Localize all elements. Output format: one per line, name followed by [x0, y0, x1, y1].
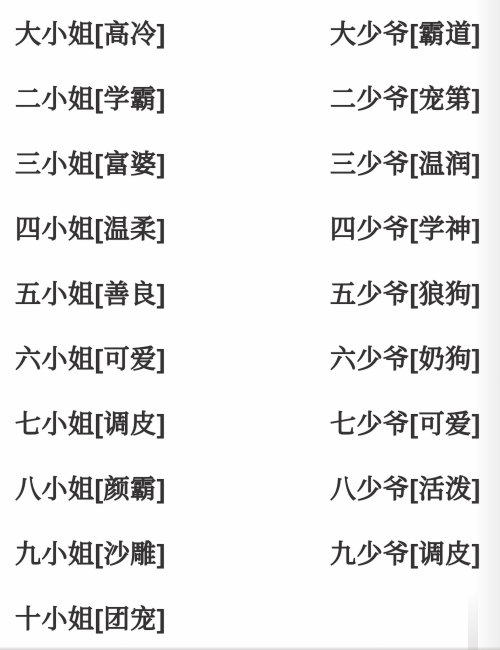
list-item: 七小姐[调皮] [15, 390, 315, 455]
list-item: 二小姐[学霸] [15, 65, 315, 130]
list-item: 六少爷[奶狗] [330, 325, 495, 390]
list-item: 八少爷[活泼] [330, 455, 495, 520]
list-item: 四少爷[学神] [330, 195, 495, 260]
list-item: 五少爷[狼狗] [330, 260, 495, 325]
list-item: 大小姐[高冷] [15, 0, 315, 65]
list-item: 三少爷[温润] [330, 130, 495, 195]
bottom-right-smudge [468, 590, 478, 650]
list-item: 九少爷[调皮] [330, 520, 495, 585]
list-item: 二少爷[宠第] [330, 65, 495, 130]
list-item: 六小姐[可爱] [15, 325, 315, 390]
list-item: 大少爷[霸道] [330, 0, 495, 65]
masters-column: 大少爷[霸道] 二少爷[宠第] 三少爷[温润] 四少爷[学神] 五少爷[狼狗] … [330, 0, 495, 585]
misses-column: 大小姐[高冷] 二小姐[学霸] 三小姐[富婆] 四小姐[温柔] 五小姐[善良] … [15, 0, 315, 650]
list-item: 九小姐[沙雕] [15, 520, 315, 585]
list-item: 十小姐[团宠] [15, 585, 315, 650]
list-item: 四小姐[温柔] [15, 195, 315, 260]
list-item: 三小姐[富婆] [15, 130, 315, 195]
list-item: 五小姐[善良] [15, 260, 315, 325]
page-background: 大小姐[高冷] 二小姐[学霸] 三小姐[富婆] 四小姐[温柔] 五小姐[善良] … [0, 0, 500, 650]
list-item: 七少爷[可爱] [330, 390, 495, 455]
list-item: 八小姐[颜霸] [15, 455, 315, 520]
